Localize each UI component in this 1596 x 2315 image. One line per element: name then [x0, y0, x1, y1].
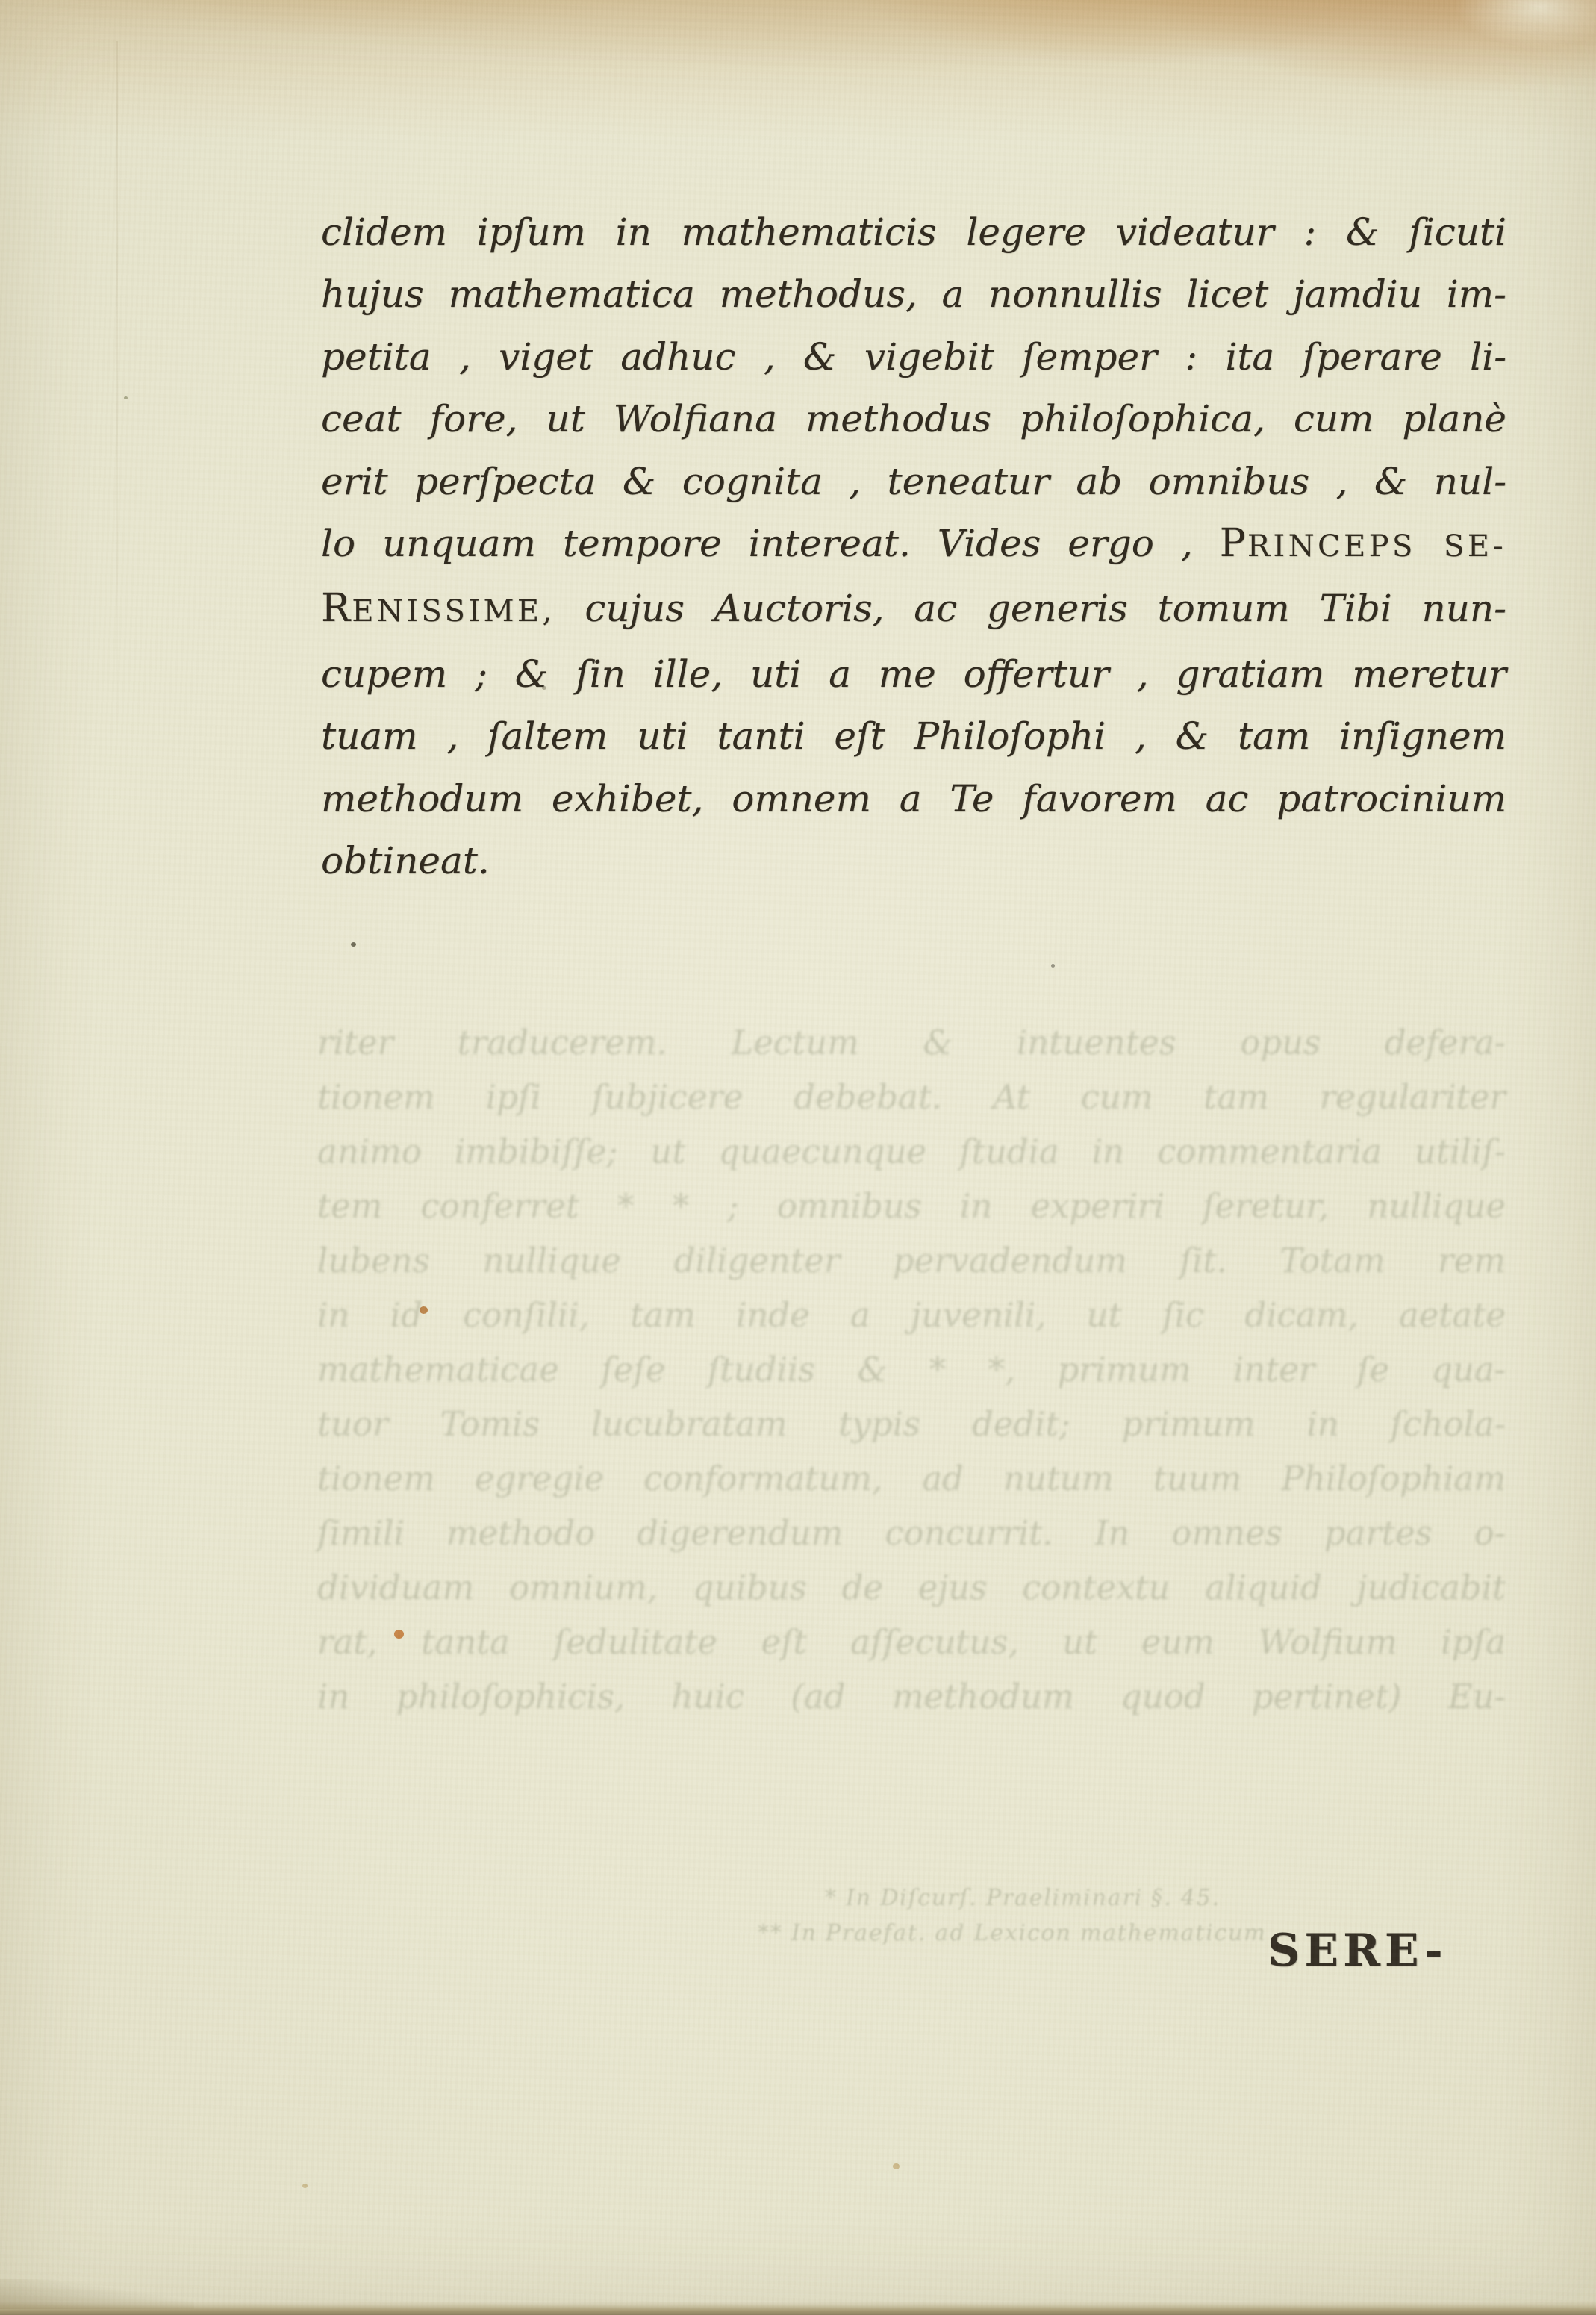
text-segment: ceat fore, ut Wolfiana methodus philoſop…	[321, 397, 1506, 440]
bleed-through-line: ſimili methodo digerendum concurrit. In …	[317, 1506, 1506, 1560]
page-top-stain	[0, 0, 1596, 202]
text-line: petita , viget adhuc , & vigebit ſemper …	[321, 326, 1506, 388]
foxing-speck	[893, 2163, 900, 2169]
bleed-through-footnote: ** In Praefat. ad Lexicon mathematicum	[758, 1920, 1266, 1946]
text-segment: methodum exhibet, omnem a Te favorem ac …	[321, 777, 1506, 820]
page-crease	[116, 41, 118, 758]
bleed-through-line: dividuam omnium, quibus de ejus contextu…	[317, 1560, 1506, 1615]
text-segment: hujus mathematica methodus, a nonnullis …	[321, 272, 1506, 316]
small-caps-segment: R	[321, 586, 352, 631]
text-line: RENISSIME, cujus Auctoris, ac generis to…	[321, 578, 1506, 643]
foxing-speck	[302, 2184, 308, 2188]
bleed-through-line: in id conſilii, tam inde a juvenili, ut …	[317, 1288, 1506, 1342]
foxing-speck	[420, 1306, 428, 1314]
bleed-through-text: riter traducerem. Lectum & intuentes opu…	[317, 1015, 1506, 1724]
bleed-through-line: lubens nullique diligenter pervadendum ſ…	[317, 1233, 1506, 1288]
text-segment: lo unquam tempore intereat. Vides ergo ,	[321, 522, 1220, 565]
text-segment: cujus Auctoris, ac generis tomum Tibi nu…	[555, 587, 1506, 630]
bleed-through-line: animo imbibiſſe; ut quaecunque ſtudia in…	[317, 1124, 1506, 1179]
foxing-speck	[1051, 964, 1055, 968]
bleed-through-line: tem conferret * * ; omnibus in experiri …	[317, 1179, 1506, 1233]
dedication-text: clidem ipſum in mathematicis legere vide…	[321, 202, 1506, 892]
small-caps-segment: SE-	[1444, 529, 1506, 564]
foxing-speck	[394, 1630, 404, 1639]
foxing-speck	[351, 942, 356, 947]
text-line: ceat fore, ut Wolfiana methodus philoſop…	[321, 388, 1506, 450]
book-page: riter traducerem. Lectum & intuentes opu…	[0, 0, 1596, 2315]
bleed-through-footnote: * In Diſcurſ. Praeliminari §. 45.	[825, 1885, 1221, 1911]
text-line: methodum exhibet, omnem a Te favorem ac …	[321, 768, 1506, 830]
text-line: clidem ipſum in mathematicis legere vide…	[321, 202, 1506, 264]
foxing-speck	[124, 396, 128, 399]
text-segment: obtineat.	[321, 839, 490, 882]
bleed-through-line: rat, tanta ſedulitate eſt aſſecutus, ut …	[317, 1615, 1506, 1669]
text-line: cupem ; & ſin ille, uti a me offertur , …	[321, 644, 1506, 705]
bleed-through-line: tionem egregie conformatum, ad nutum tuu…	[317, 1451, 1506, 1506]
text-segment: petita , viget adhuc , & vigebit ſemper …	[321, 335, 1506, 378]
text-segment: clidem ipſum in mathematicis legere vide…	[321, 211, 1506, 254]
text-line: tuam , ſaltem uti tanti eſt Philoſophi ,…	[321, 705, 1506, 767]
text-line: obtineat.	[321, 830, 1506, 892]
catchword: SERE-	[1268, 1925, 1447, 1977]
text-segment: tuam , ſaltem uti tanti eſt Philoſophi ,…	[321, 714, 1506, 758]
text-segment: cupem ; & ſin ille, uti a me offertur , …	[321, 652, 1506, 696]
small-caps-segment: RINCEPS	[1247, 529, 1444, 564]
text-line: erit perſpecta & cognita , teneatur ab o…	[321, 451, 1506, 513]
text-segment: erit perſpecta & cognita , teneatur ab o…	[321, 460, 1506, 503]
bleed-through-line: in philoſophicis, huic (ad methodum quod…	[317, 1669, 1506, 1724]
bleed-through-line: riter traducerem. Lectum & intuentes opu…	[317, 1015, 1506, 1070]
small-caps-segment: ENISSIME,	[352, 594, 555, 629]
small-caps-segment: P	[1220, 521, 1247, 566]
page-bottom-edge	[0, 2302, 1596, 2315]
text-line: hujus mathematica methodus, a nonnullis …	[321, 264, 1506, 325]
bleed-through-line: mathematicae ſeſe ſtudiis & * *, primum …	[317, 1342, 1506, 1397]
bleed-through-line: tionem ipſi ſubjicere debebat. At cum ta…	[317, 1070, 1506, 1124]
text-line: lo unquam tempore intereat. Vides ergo ,…	[321, 513, 1506, 578]
bleed-through-line: tuor Tomis lucubratam typis dedit; primu…	[317, 1397, 1506, 1451]
